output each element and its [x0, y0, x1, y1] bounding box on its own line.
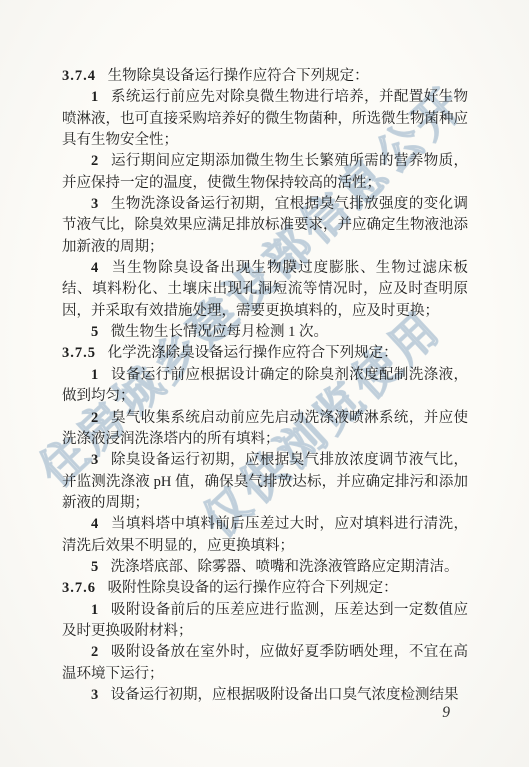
paragraph-text: 除臭设备运行初期，应根据臭气排放浓度调节液气比，并监测洗涤液 pH 值，确保臭气…	[62, 452, 468, 511]
paragraph-number: 2	[91, 410, 98, 426]
paragraph-number: 3.7.4	[62, 68, 96, 84]
paragraph-number: 1	[91, 89, 98, 105]
paragraph-text: 当生物除臭设备出现生物膜过度膨胀、生物过滤床板结、填料粉化、土壤床出现孔洞短流等…	[62, 260, 468, 319]
item-paragraph: 1吸附设备前后的压差应进行监测，压差达到一定数值应及时更换吸附材料；	[62, 600, 468, 643]
item-paragraph: 5微生物生长情况应每月检测 1 次。	[62, 322, 468, 343]
paragraph-number: 2	[91, 153, 98, 169]
clause-paragraph: 3.7.6吸附性除臭设备的运行操作应符合下列规定：	[62, 578, 468, 599]
paragraph-number: 3	[91, 196, 98, 212]
paragraph-number: 3.7.6	[62, 580, 96, 596]
paragraph-text: 设备运行初期，应根据吸附设备出口臭气浓度检测结果	[111, 687, 459, 703]
paragraph-number: 3.7.5	[62, 345, 96, 361]
paragraph-text: 吸附设备前后的压差应进行监测，压差达到一定数值应及时更换吸附材料；	[62, 602, 468, 639]
item-paragraph: 3生物洗涤设备运行初期，宜根据臭气排放强度的变化调节液气比，除臭效果应满足排放标…	[62, 194, 468, 258]
clause-paragraph: 3.7.4生物除臭设备运行操作应符合下列规定：	[62, 66, 468, 87]
paragraph-text: 吸附性除臭设备的运行操作应符合下列规定：	[108, 580, 398, 596]
paragraph-text: 运行期间应定期添加微生物生长繁殖所需的营养物质，并应保持一定的温度，使微生物保持…	[62, 153, 468, 190]
paragraph-number: 3	[91, 687, 98, 703]
paragraph-text: 系统运行前应先对除臭微生物进行培养，并配置好生物喷淋液，也可直接采购培养好的微生…	[62, 89, 468, 148]
item-paragraph: 2运行期间应定期添加微生物生长繁殖所需的营养物质，并应保持一定的温度，使微生物保…	[62, 151, 468, 194]
item-paragraph: 2吸附设备放在室外时，应做好夏季防晒处理，不宜在高温环境下运行；	[62, 642, 468, 685]
paragraph-text: 臭气收集系统启动前应先启动洗涤液喷淋系统，并应使洗涤液浸润洗涤塔内的所有填料；	[62, 410, 468, 447]
item-paragraph: 3除臭设备运行初期，应根据臭气排放浓度调节液气比，并监测洗涤液 pH 值，确保臭…	[62, 450, 468, 514]
clause-paragraph: 3.7.5化学洗涤除臭设备运行操作应符合下列规定：	[62, 343, 468, 364]
page-content: 3.7.4生物除臭设备运行操作应符合下列规定： 1系统运行前应先对除臭微生物进行…	[62, 66, 468, 706]
paragraph-text: 化学洗涤除臭设备运行操作应符合下列规定：	[108, 345, 398, 361]
paragraph-number: 1	[91, 367, 98, 383]
paragraph-text: 微生物生长情况应每月检测 1 次。	[111, 324, 329, 340]
item-paragraph: 1系统运行前应先对除臭微生物进行培养，并配置好生物喷淋液，也可直接采购培养好的微…	[62, 87, 468, 151]
item-paragraph: 5洗涤塔底部、除雾器、喷嘴和洗涤液管路应定期清洁。	[62, 557, 468, 578]
item-paragraph: 4当填料塔中填料前后压差过大时，应对填料进行清洗，清洗后效果不明显的，应更换填料…	[62, 514, 468, 557]
paragraph-text: 洗涤塔底部、除雾器、喷嘴和洗涤液管路应定期清洁。	[111, 559, 459, 575]
paragraph-number: 3	[91, 452, 98, 468]
paragraph-text: 生物洗涤设备运行初期，宜根据臭气排放强度的变化调节液气比，除臭效果应满足排放标准…	[62, 196, 468, 255]
page-number: 9	[62, 704, 450, 722]
paragraph-number: 2	[91, 644, 98, 660]
document-page: 住房城乡建设部信息公开 仅供浏览使用 3.7.4生物除臭设备运行操作应符合下列规…	[0, 0, 529, 767]
paragraph-number: 5	[91, 324, 98, 340]
paragraph-text: 吸附设备放在室外时，应做好夏季防晒处理，不宜在高温环境下运行；	[62, 644, 468, 681]
item-paragraph: 4当生物除臭设备出现生物膜过度膨胀、生物过滤床板结、填料粉化、土壤床出现孔洞短流…	[62, 258, 468, 322]
paragraph-text: 当填料塔中填料前后压差过大时，应对填料进行清洗，清洗后效果不明显的，应更换填料；	[62, 516, 468, 553]
paragraph-number: 4	[91, 516, 98, 532]
paragraph-text: 生物除臭设备运行操作应符合下列规定：	[108, 68, 369, 84]
paragraph-number: 1	[91, 602, 98, 618]
item-paragraph: 1设备运行前应根据设计确定的除臭剂浓度配制洗涤液，做到均匀；	[62, 365, 468, 408]
paragraph-text: 设备运行前应根据设计确定的除臭剂浓度配制洗涤液，做到均匀；	[62, 367, 468, 404]
item-paragraph: 2臭气收集系统启动前应先启动洗涤液喷淋系统，并应使洗涤液浸润洗涤塔内的所有填料；	[62, 408, 468, 451]
paragraph-number: 5	[91, 559, 98, 575]
paragraph-number: 4	[91, 260, 98, 276]
